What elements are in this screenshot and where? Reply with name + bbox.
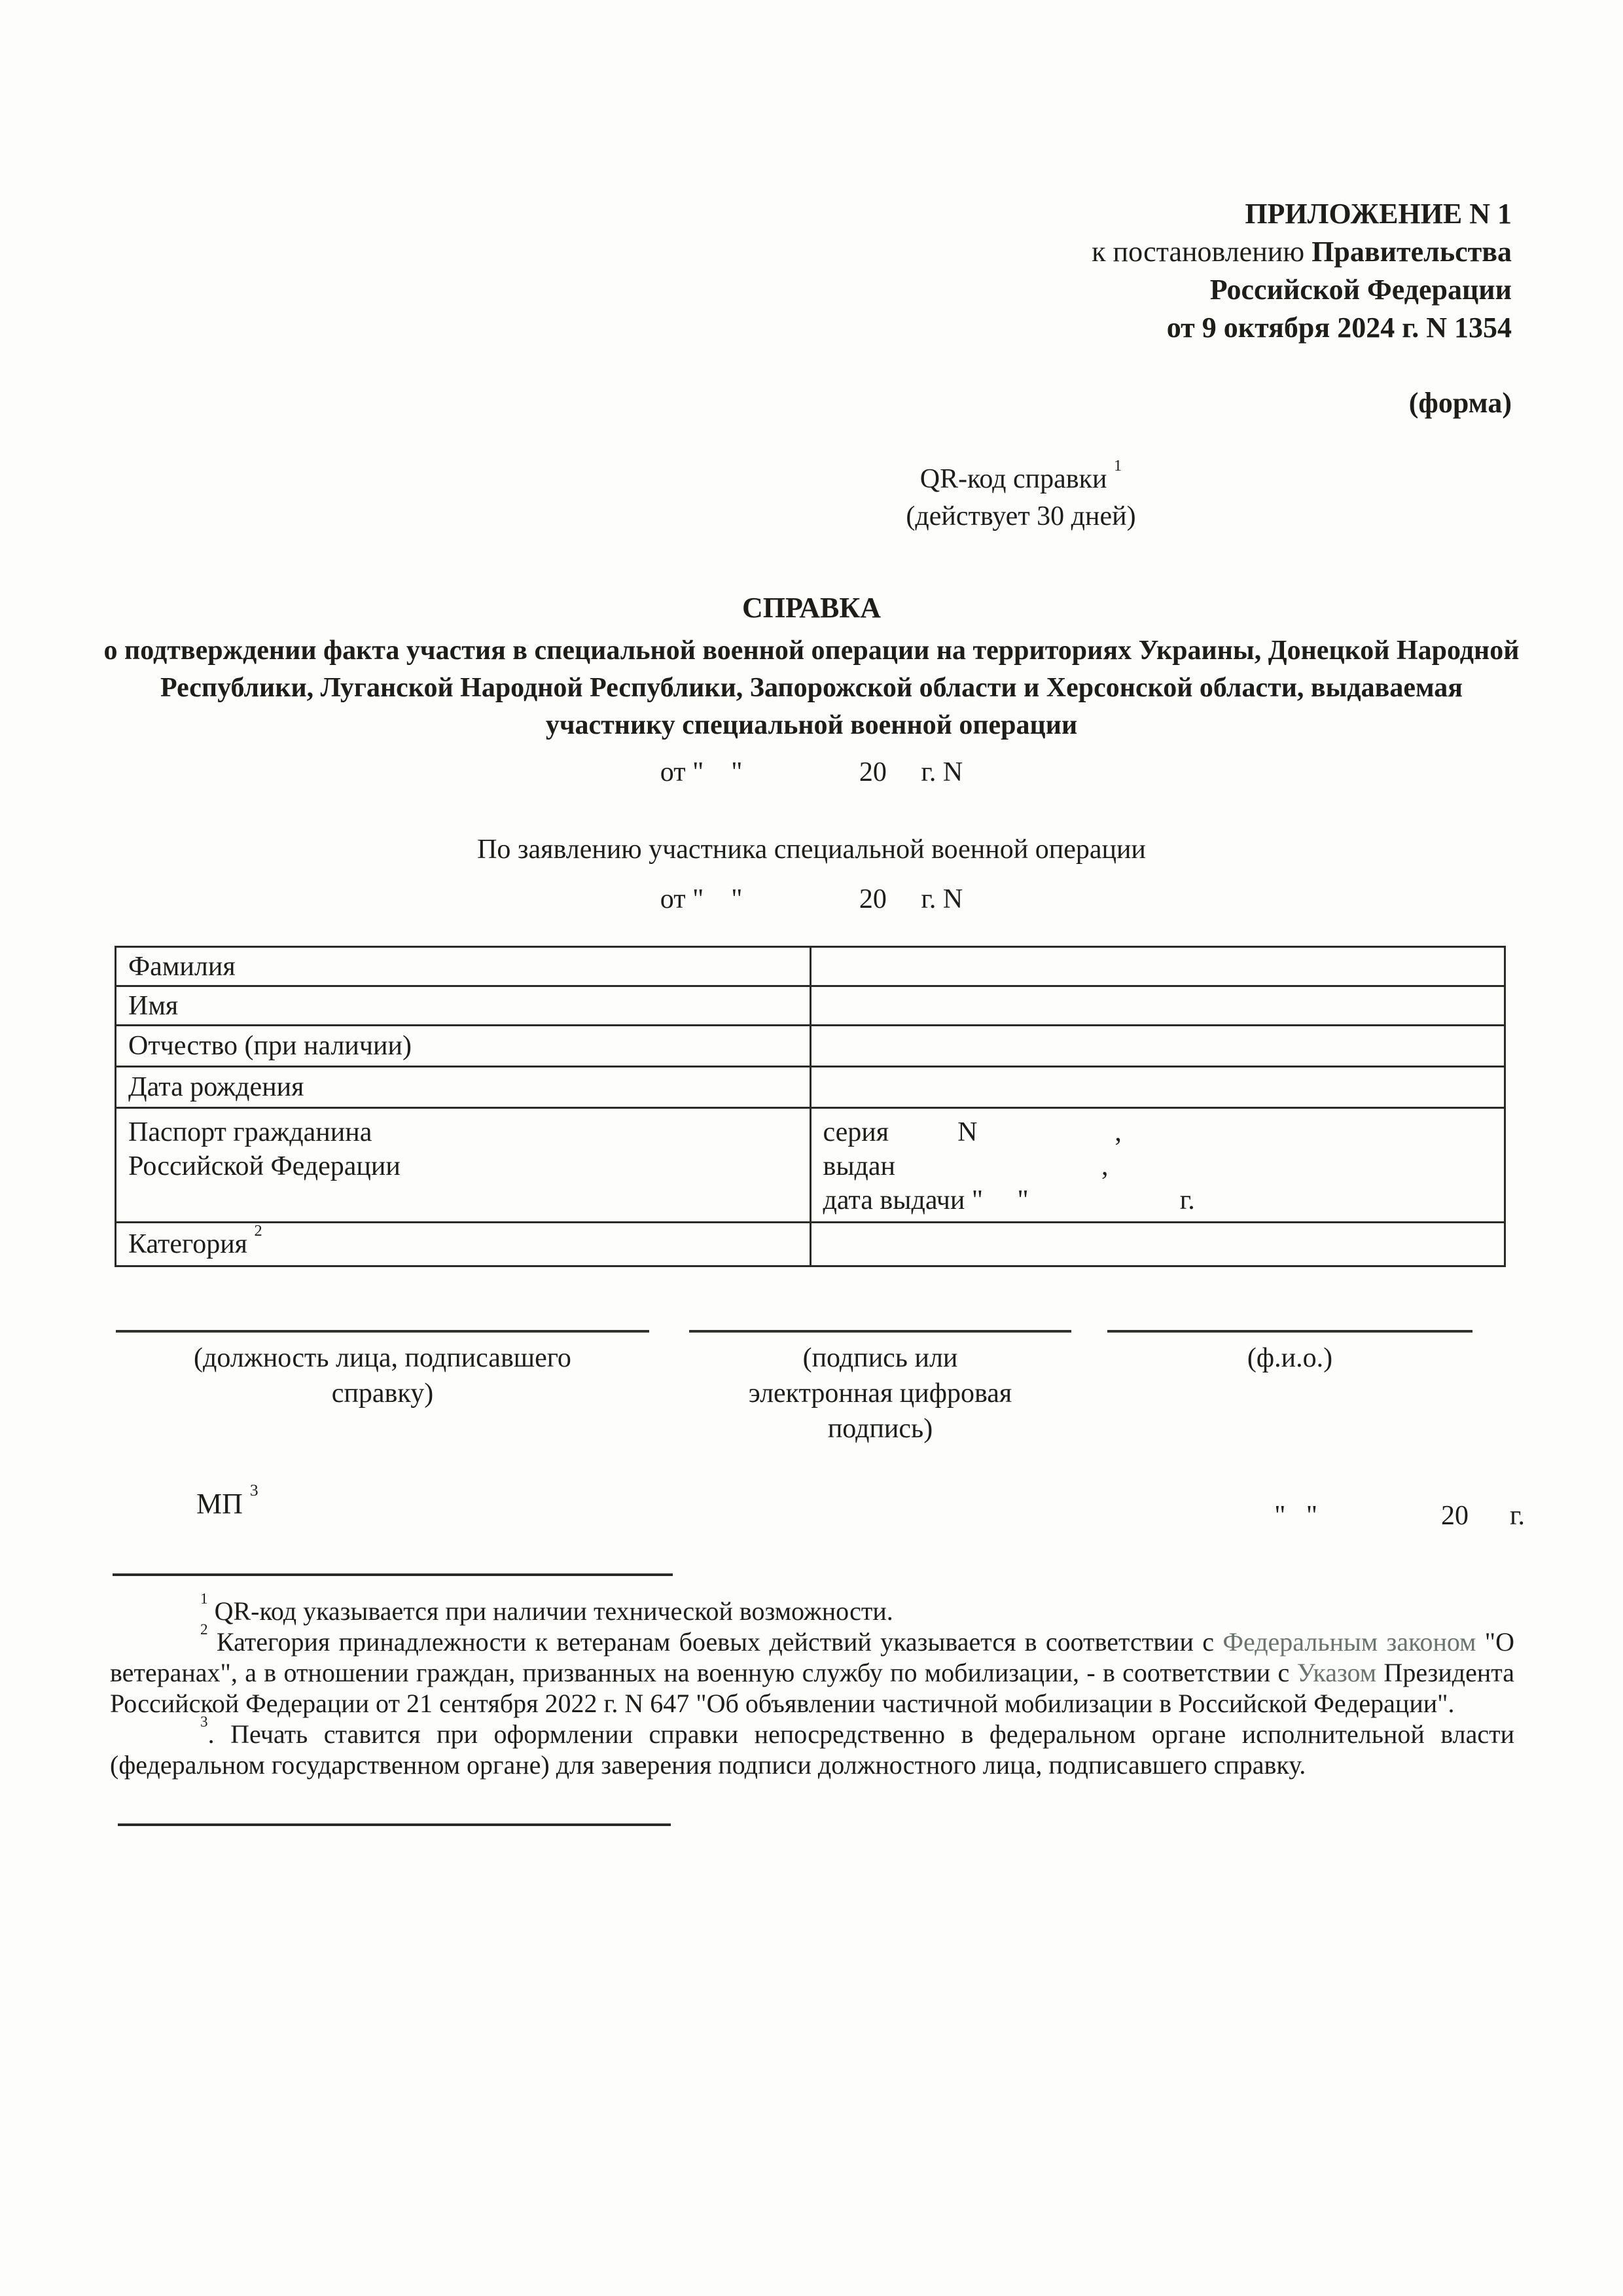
passport-label-line2: Российской Федерации bbox=[128, 1149, 810, 1183]
table-row-birthdate: Дата рождения bbox=[116, 1067, 1505, 1108]
stamp-place-mark: МП 3 bbox=[196, 1487, 259, 1520]
statement-line: По заявлению участника специальной военн… bbox=[0, 834, 1623, 865]
statement-date-number-line: от " " 20 г. N bbox=[0, 884, 1623, 915]
passport-series-line: серия N , bbox=[823, 1115, 1505, 1149]
footnote-bottom-rule bbox=[118, 1823, 671, 1826]
patronymic-value-cell bbox=[810, 1026, 1505, 1067]
passport-value-cell: серия N , выдан , дата выдачи " " г. bbox=[810, 1108, 1505, 1223]
document-subtitle: о подтверждении факта участия в специаль… bbox=[102, 632, 1521, 744]
birthdate-label: Дата рождения bbox=[116, 1067, 811, 1108]
birthdate-value-cell bbox=[810, 1067, 1505, 1108]
passport-issue-date-line: дата выдачи " " г. bbox=[823, 1183, 1505, 1217]
footnote-2-marker: 2 bbox=[200, 1621, 208, 1638]
qr-caption-text: QR-код справки bbox=[920, 464, 1107, 494]
signature-position-line bbox=[116, 1330, 649, 1333]
footnote-3-marker: 3 bbox=[200, 1713, 208, 1731]
surname-value-cell bbox=[810, 947, 1505, 986]
appendix-number-line: ПРИЛОЖЕНИЕ N 1 bbox=[792, 195, 1512, 233]
footnote-2-decree-reference: Указом bbox=[1297, 1658, 1377, 1687]
signature-position-label-line1: (должность лица, подписавшего bbox=[116, 1340, 649, 1376]
appendix-federation-line: Российской Федерации bbox=[792, 271, 1512, 309]
footnote-separator-rule bbox=[113, 1573, 673, 1576]
appendix-date-line: от 9 октября 2024 г. N 1354 bbox=[792, 309, 1512, 347]
decree-prefix: к постановлению bbox=[1092, 236, 1311, 268]
form-marker-label: (форма) bbox=[1409, 386, 1512, 420]
appendix-header: ПРИЛОЖЕНИЕ N 1 к постановлению Правитель… bbox=[792, 195, 1512, 347]
passport-label: Паспорт гражданина Российской Федерации bbox=[116, 1108, 811, 1223]
table-row-passport: Паспорт гражданина Российской Федерации … bbox=[116, 1108, 1505, 1223]
qr-footnote-ref: 1 bbox=[1114, 457, 1122, 475]
category-value-cell bbox=[810, 1223, 1505, 1266]
qr-validity-line: (действует 30 дней) bbox=[759, 498, 1283, 535]
footnote-1-marker: 1 bbox=[200, 1590, 208, 1607]
firstname-value-cell bbox=[810, 986, 1505, 1026]
table-row-firstname: Имя bbox=[116, 986, 1505, 1026]
signature-sign-label-line3: подпись) bbox=[689, 1411, 1071, 1446]
table-row-category: Категория 2 bbox=[116, 1223, 1505, 1266]
issue-date-line: " " 20 г. bbox=[1274, 1500, 1525, 1532]
applicant-table: Фамилия Имя Отчество (при наличии) Дата … bbox=[115, 946, 1506, 1267]
decree-government: Правительства bbox=[1311, 236, 1512, 268]
signature-fio-line bbox=[1107, 1330, 1472, 1333]
footnote-2-law-reference: Федеральным законом bbox=[1222, 1627, 1476, 1657]
stamp-footnote-ref: 3 bbox=[250, 1480, 259, 1499]
category-footnote-ref: 2 bbox=[255, 1222, 262, 1240]
footnote-2-text-a: Категория принадлежности к ветеранам бое… bbox=[208, 1627, 1223, 1657]
qr-caption-line: QR-код справки 1 bbox=[759, 461, 1283, 498]
scanned-form-page: ПРИЛОЖЕНИЕ N 1 к постановлению Правитель… bbox=[0, 0, 1623, 2296]
table-row-patronymic: Отчество (при наличии) bbox=[116, 1026, 1505, 1067]
footnote-1: 1 QR-код указывается при наличии техниче… bbox=[110, 1596, 1514, 1626]
signature-sign-column: (подпись или электронная цифровая подпис… bbox=[689, 1330, 1071, 1446]
footnote-2: 2 Категория принадлежности к ветеранам б… bbox=[110, 1626, 1514, 1719]
firstname-label: Имя bbox=[116, 986, 811, 1026]
patronymic-label: Отчество (при наличии) bbox=[116, 1026, 811, 1067]
signature-position-column: (должность лица, подписавшего справку) bbox=[116, 1330, 649, 1411]
passport-label-line1: Паспорт гражданина bbox=[128, 1115, 810, 1149]
signature-sign-line bbox=[689, 1330, 1071, 1333]
footnote-3-text: . Печать ставится при оформлении справки… bbox=[110, 1719, 1514, 1780]
certificate-date-number-line: от " " 20 г. N bbox=[0, 757, 1623, 788]
category-label: Категория 2 bbox=[116, 1223, 811, 1266]
table-row-surname: Фамилия bbox=[116, 947, 1505, 986]
signature-fio-column: (ф.и.о.) bbox=[1107, 1330, 1472, 1376]
signature-sign-label-line2: электронная цифровая bbox=[689, 1376, 1071, 1411]
appendix-decree-line: к постановлению Правительства bbox=[792, 233, 1512, 271]
qr-caption-block: QR-код справки 1 (действует 30 дней) bbox=[759, 461, 1283, 535]
category-label-text: Категория bbox=[128, 1229, 247, 1259]
document-title: СПРАВКА bbox=[0, 591, 1623, 624]
passport-issuer-line: выдан , bbox=[823, 1149, 1505, 1183]
footnote-3: 3. Печать ставится при оформлении справк… bbox=[110, 1719, 1514, 1780]
stamp-mp-text: МП bbox=[196, 1488, 243, 1520]
footnote-1-text: QR-код указывается при наличии техническ… bbox=[208, 1596, 893, 1626]
surname-label: Фамилия bbox=[116, 947, 811, 986]
signature-sign-label-line1: (подпись или bbox=[689, 1340, 1071, 1376]
signature-fio-label: (ф.и.о.) bbox=[1107, 1340, 1472, 1376]
signature-position-label-line2: справку) bbox=[116, 1376, 649, 1411]
footnotes-block: 1 QR-код указывается при наличии техниче… bbox=[110, 1596, 1514, 1780]
